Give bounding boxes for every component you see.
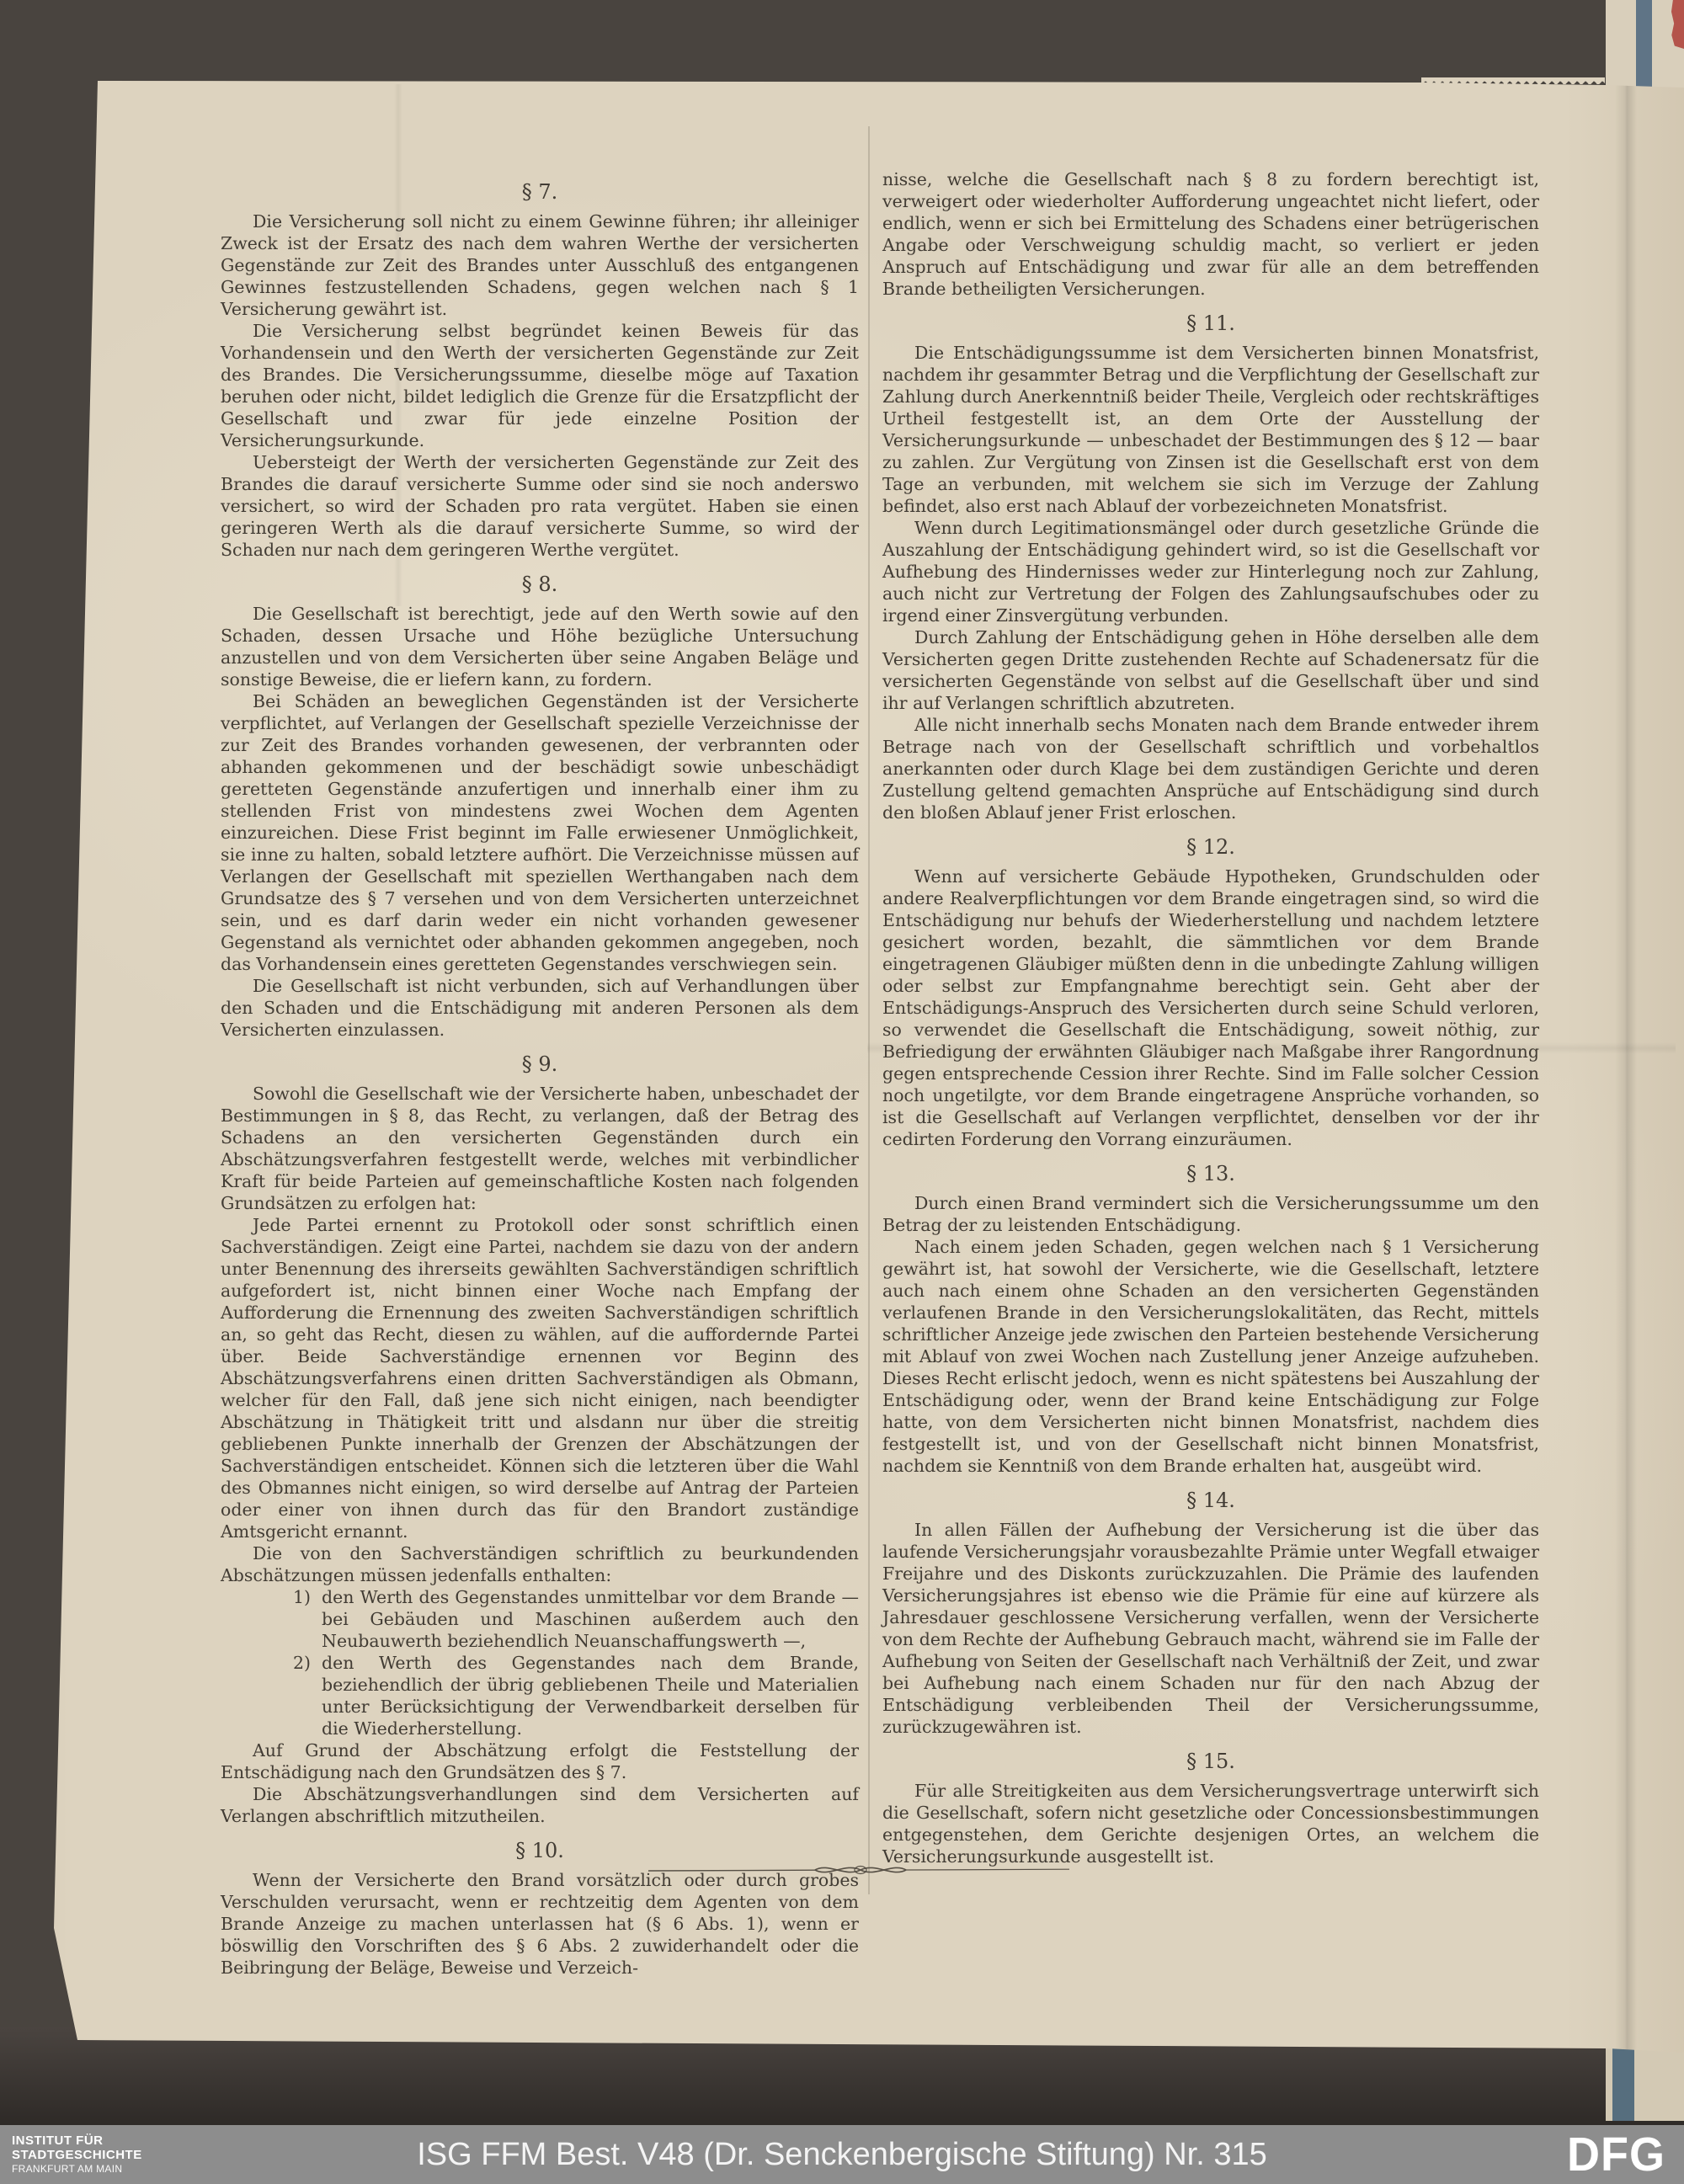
paragraph: Die Gesellschaft ist berechtigt, jede au… [221, 603, 859, 690]
text-column-left: § 7.Die Versicherung soll nicht zu einem… [221, 168, 859, 1979]
paragraph: Wenn der Versicherte den Brand vorsätzli… [221, 1869, 859, 1979]
archive-shelfmark-caption: ISG FFM Best. V48 (Dr. Senckenbergische … [0, 2125, 1684, 2184]
paragraph: Die Versicherung selbst begründet keinen… [221, 320, 859, 451]
paragraph: Die Gesellschaft ist nicht verbunden, si… [221, 975, 859, 1041]
column-fold-line [868, 126, 870, 1894]
paragraph: Bei Schäden an beweglichen Gegenständen … [221, 690, 859, 975]
paragraph: Wenn auf versicherte Gebäude Hypotheken,… [882, 866, 1539, 1150]
archive-footer-bar: INSTITUT FÜR STADTGESCHICHTE FRANKFURT A… [0, 2125, 1684, 2184]
paragraph: nisse, welche die Gesellschaft nach § 8 … [882, 168, 1539, 300]
underlying-page-edge-bottom [1606, 2044, 1684, 2121]
section-heading: § 15. [882, 1750, 1539, 1772]
paragraph: Auf Grund der Abschätzung erfolgt die Fe… [221, 1739, 859, 1783]
section-heading: § 9. [221, 1053, 859, 1075]
section-heading: § 14. [882, 1489, 1539, 1511]
paragraph: Die von den Sachverständigen schriftlich… [221, 1542, 859, 1586]
page-edge-blue-stripe [1612, 2044, 1634, 2121]
paragraph: Jede Partei ernennt zu Protokoll oder so… [221, 1214, 859, 1542]
underlying-page-edge-top [1606, 0, 1684, 89]
document-page: § 7.Die Versicherung soll nicht zu einem… [0, 0, 1684, 2184]
paragraph: Nach einem jeden Schaden, gegen welchen … [882, 1236, 1539, 1477]
paragraph: Die Abschätzungsverhandlungen sind dem V… [221, 1783, 859, 1827]
paragraph: Für alle Streitigkeiten aus dem Versiche… [882, 1780, 1539, 1867]
paragraph: Durch einen Brand vermindert sich die Ve… [882, 1192, 1539, 1236]
binding-fold [1615, 81, 1637, 2051]
section-heading: § 11. [882, 312, 1539, 334]
list-item-number: 1) [293, 1586, 322, 1652]
dfg-logo: DFG [1567, 2127, 1665, 2181]
list-item-text: den Werth des Gegenstandes nach dem Bran… [322, 1652, 859, 1739]
list-item-number: 2) [293, 1652, 322, 1739]
section-heading: § 7. [221, 181, 859, 203]
list-item: 1)den Werth des Gegenstandes unmittelbar… [293, 1586, 859, 1652]
divider-ornament [647, 1859, 1071, 1881]
list-item-text: den Werth des Gegenstandes unmittelbar v… [322, 1586, 859, 1652]
page-edge-blue-stripe [1636, 0, 1652, 89]
paragraph: Sowohl die Gesellschaft wie der Versiche… [221, 1083, 859, 1214]
paragraph: Die Entschädigungssumme ist dem Versiche… [882, 342, 1539, 517]
text-column-right: nisse, welche die Gesellschaft nach § 8 … [882, 168, 1539, 1867]
paragraph: Wenn durch Legitimationsmängel oder durc… [882, 517, 1539, 626]
section-heading: § 8. [221, 573, 859, 595]
numbered-list: 1)den Werth des Gegenstandes unmittelbar… [293, 1586, 859, 1739]
section-heading: § 13. [882, 1163, 1539, 1185]
section-heading: § 12. [882, 836, 1539, 858]
perforated-edge [1421, 77, 1605, 84]
paragraph: In allen Fällen der Aufhebung der Versic… [882, 1519, 1539, 1738]
paragraph: Die Versicherung soll nicht zu einem Gew… [221, 210, 859, 320]
paragraph: Durch Zahlung der Entschädigung gehen in… [882, 626, 1539, 714]
paragraph: Alle nicht innerhalb sechs Monaten nach … [882, 714, 1539, 823]
page-edge-red-stamp [1671, 0, 1684, 49]
list-item: 2)den Werth des Gegenstandes nach dem Br… [293, 1652, 859, 1739]
paragraph: Uebersteigt der Werth der versicherten G… [221, 451, 859, 561]
